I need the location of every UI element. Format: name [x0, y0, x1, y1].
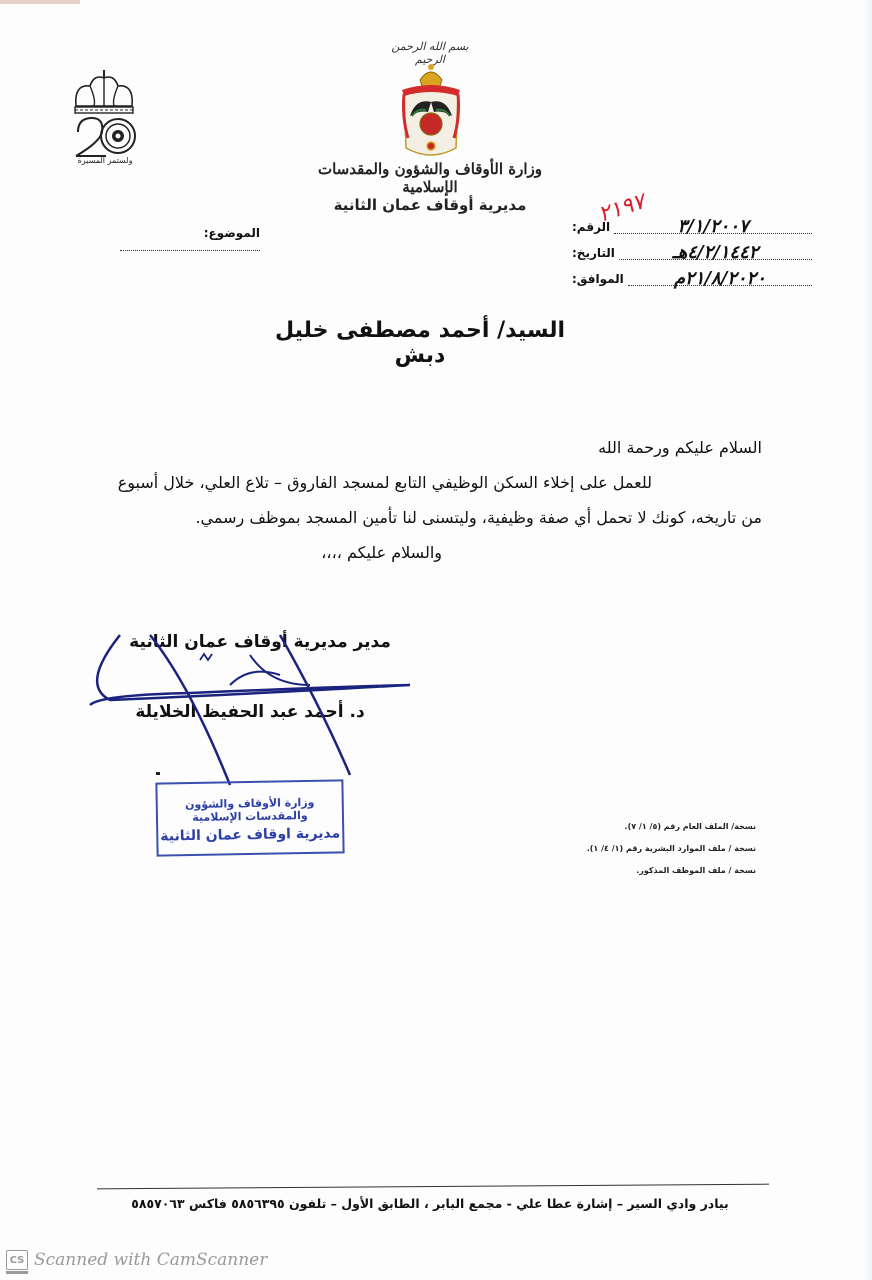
letter-body: السلام عليكم ورحمة الله للعمل على إخلاء … [90, 430, 762, 570]
jubilee-logo-icon [66, 70, 142, 170]
ref-number-field: الرقم: ٣/١/٢٠٠٧ [572, 220, 812, 234]
stamp-directorate: مديرية اوقاف عمان الثانية [158, 825, 342, 844]
jubilee-caption: ولستمر المسيرة [60, 156, 150, 165]
body-line-1: للعمل على إخلاء السكن الوظيفي التابع لمس… [90, 465, 762, 500]
official-stamp: وزارة الأوقاف والشؤون والمقدسات الإسلامي… [155, 779, 344, 856]
greeting: السلام عليكم ورحمة الله [90, 430, 762, 465]
ministry-name: وزارة الأوقاف والشؤون والمقدسات الإسلامي… [310, 160, 550, 196]
camscanner-text: Scanned with CamScanner [34, 1250, 267, 1270]
copy-item: نسخة/ الملف العام رقم (٥/ ١/ ٧). [570, 816, 756, 838]
subject-dotted-line [120, 240, 260, 251]
coat-of-arms-icon [398, 58, 464, 162]
stamp-mark [156, 772, 160, 775]
ref-date-value: ٤/٢/١٤٤٢هـ [619, 242, 812, 263]
ref-number-value: ٣/١/٢٠٠٧ [614, 216, 812, 237]
ref-number-label: الرقم: [572, 220, 610, 234]
stamp-ministry: وزارة الأوقاف والشؤون والمقدسات الإسلامي… [158, 795, 342, 824]
footer-address: بيادر وادي السير – إشارة عطا علي - مجمع … [90, 1196, 770, 1211]
camscanner-logo-icon: CS [6, 1250, 28, 1270]
copies-list: نسخة/ الملف العام رقم (٥/ ١/ ٧). نسخة / … [570, 816, 756, 882]
copy-item: نسخة / ملف الموظف المذكور. [570, 860, 756, 882]
ref-date-label: التاريخ: [572, 246, 615, 260]
addressee: السيد/ أحمد مصطفى خليل دبش [250, 318, 590, 368]
body-line-2: من تاريخه، كونك لا تحمل أي صفة وظيفية، و… [90, 500, 762, 535]
camscanner-watermark: CS Scanned with CamScanner [6, 1250, 267, 1270]
ref-date-field: التاريخ: ٤/٢/١٤٤٢هـ [572, 246, 812, 260]
scan-edge-shadow [864, 0, 872, 1280]
subject-field: الموضوع: [60, 226, 260, 254]
ref-number-line: ٣/١/٢٠٠٧ [614, 221, 812, 234]
handwritten-signature-icon [80, 625, 430, 790]
directorate-name: مديرية أوقاف عمان الثانية [310, 196, 550, 214]
ref-corresponding-label: الموافق: [572, 272, 624, 286]
copy-item: نسخة / ملف الموارد البشرية رقم (١/ ٤/ ١)… [570, 838, 756, 860]
ref-date-line: ٤/٢/١٤٤٢هـ [619, 247, 812, 260]
ref-corresponding-field: الموافق: ٢١/٨/٢٠٢٠م [572, 272, 812, 286]
footer-divider [97, 1184, 769, 1190]
ref-corresponding-value: ٢١/٨/٢٠٢٠م [628, 268, 812, 289]
closing: والسلام عليكم ،،،، [90, 535, 762, 570]
subject-label: الموضوع: [204, 226, 260, 240]
ref-corresponding-line: ٢١/٨/٢٠٢٠م [628, 273, 812, 286]
scan-artifact [0, 0, 80, 4]
